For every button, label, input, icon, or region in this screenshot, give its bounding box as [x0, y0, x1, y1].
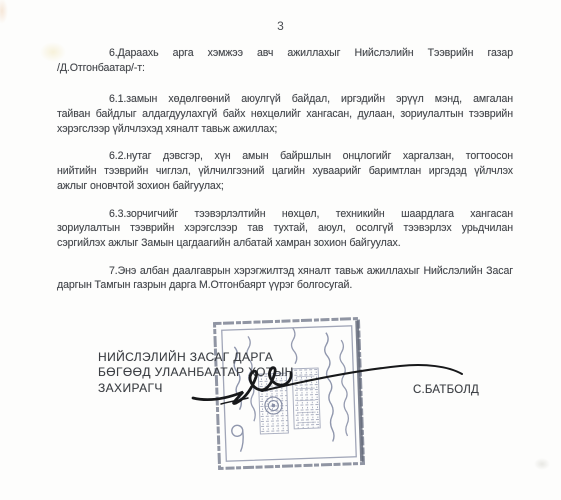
scanned-document-page: 3 6.Дараахь арга хэмжээ авч ажиллахыг Ни… [0, 0, 561, 500]
paragraph-6: 6.Дараахь арга хэмжээ авч ажиллахыг Нийс… [57, 46, 513, 75]
text-line: тайван байдлыг алдагдуулахгүй байх нөхцө… [57, 107, 513, 122]
document-body: 6.Дараахь арга хэмжээ авч ажиллахыг Нийс… [57, 46, 513, 306]
paragraph-6-1: 6.1.замын хөдөлгөөний аюулгүй байдал, ир… [57, 92, 513, 136]
signatory-title-line: НИЙСЛЭЛИЙН ЗАСАГ ДАРГА [98, 350, 294, 365]
paragraph-6-2: 6.2.нутаг дэвсгэр, хүн амын байршлын онц… [57, 149, 513, 193]
signatory-title-line: ЗАХИРАГЧ [98, 381, 294, 396]
signatory-title: НИЙСЛЭЛИЙН ЗАСАГ ДАРГА БӨГӨӨД УЛААНБААТА… [98, 350, 294, 396]
text-line: зориулалтын тээврийн хэрэгслээр тав тухт… [57, 221, 513, 236]
paragraph-6-3: 6.3.зорчигчийг тээвэрлэлтийн нөхцөл, тех… [57, 207, 513, 251]
text-line: 6.1.замын хөдөлгөөний аюулгүй байдал, ир… [57, 92, 513, 107]
text-line: сэргийлэх ажлыг Замын цагдаагийн албатай… [57, 236, 513, 251]
text-line: 7.Энэ албан даалгаврын хэрэгжилтэд хянал… [57, 264, 513, 279]
text-line: /Д.Отгонбаатар/-т: [57, 61, 513, 76]
page-number: 3 [0, 19, 561, 33]
text-line: 6.Дараахь арга хэмжээ авч ажиллахыг Нийс… [57, 46, 513, 61]
text-line: 6.3.зорчигчийг тээвэрлэлтийн нөхцөл, тех… [57, 207, 513, 222]
scan-smudge [534, 458, 550, 470]
signatory-title-line: БӨГӨӨД УЛААНБААТАР ХОТЫН [98, 365, 294, 380]
text-line: даргын Тамгын газрын дарга М.Отгонбаярт … [57, 278, 513, 293]
text-line: 6.2.нутаг дэвсгэр, хүн амын байршлын онц… [57, 149, 513, 164]
text-line: ажлыг оновчтой зохион байгуулах; [57, 179, 513, 194]
signatory-name: С.БАТБОЛД [413, 384, 479, 396]
text-line: хэрэгслээр үйлчлэхэд хяналт тавьж ажилла… [57, 122, 513, 137]
paragraph-7: 7.Энэ албан даалгаврын хэрэгжилтэд хянал… [57, 264, 513, 293]
text-line: нийтийн тээврийн чиглэл, үйлчилгээний ца… [57, 164, 513, 179]
